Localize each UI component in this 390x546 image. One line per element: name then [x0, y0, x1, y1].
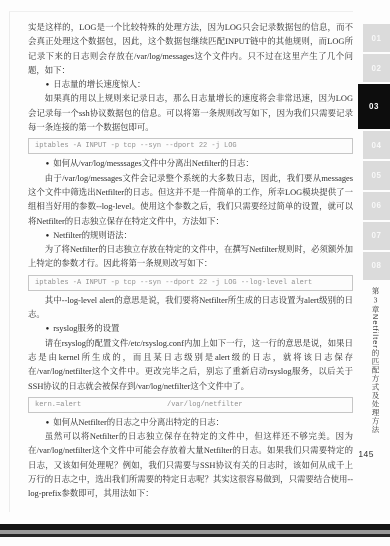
- chapter-tab-label: 06: [372, 201, 382, 210]
- scan-edge-left: [9, 12, 10, 512]
- bullet-icon: ●: [46, 82, 50, 88]
- chapter-tab-04: 04: [363, 131, 390, 159]
- chapter-tab-02: 02: [363, 54, 390, 82]
- bullet-item: ●日志量的增长速度惊人：: [28, 78, 353, 92]
- code-text: iptables -A INPUT -p tcp --syn --dport 2…: [35, 279, 312, 287]
- bullet-item: ●如何从/var/log/messsages文件中分离出Netfilter的日志…: [28, 157, 353, 171]
- bullet-text: 日志量的增长速度惊人：: [53, 80, 145, 89]
- bullet-icon: ●: [46, 326, 50, 332]
- chapter-tab-label: 05: [372, 171, 382, 180]
- code-block-rsyslog-conf: kern.=alert/var/log/netfilter: [28, 397, 353, 413]
- bullet-item: ●rsyslog服务的设置: [28, 322, 353, 336]
- chapter-tab-05: 05: [363, 161, 390, 189]
- paragraph: 请在rsyslog的配置文件/etc/rsyslog.conf内加上如下一行，这…: [28, 337, 353, 394]
- bullet-text: Netfilter的规则语法：: [53, 231, 132, 240]
- chapter-title-vertical: 第3章Netfilter的匹配方式及处理方法: [370, 287, 381, 437]
- code-text-target: /var/log/netfilter: [167, 401, 243, 409]
- paragraph: 虽然可以将Netfilter的日志独立保存在特定的文件中，但这样还不够完美。因为…: [28, 430, 353, 501]
- chapter-tab-label: 02: [372, 64, 382, 73]
- chapter-tab-label: 03: [369, 102, 379, 111]
- bullet-text: 如何从Netfilter的日志之中分离出特定的日志：: [53, 418, 224, 427]
- bullet-text: 如何从/var/log/messsages文件中分离出Netfilter的日志：: [53, 159, 254, 168]
- paragraph: 由于/var/log/messages文件会记录整个系统的大多数日志，因此，我们…: [28, 172, 353, 229]
- scan-edge-top: [9, 11, 353, 12]
- paragraph: 如果真的用以上规则来记录日志，那么日志量增长的速度将会非常迅速，因为LOG会记录…: [28, 92, 353, 135]
- paragraph: 实是这样的，LOG是一个比较特殊的处理方法，因为LOG只会记录数据包的信息，而不…: [28, 21, 353, 78]
- bullet-icon: ●: [46, 420, 50, 426]
- chapter-keyword: Netfilter: [371, 314, 380, 349]
- bullet-icon: ●: [46, 161, 50, 167]
- bullet-item: ●Netfilter的规则语法：: [28, 229, 353, 243]
- chapter-tab-label: 07: [372, 231, 382, 240]
- chapter-subtitle: 的匹配方式及处理方法: [371, 349, 380, 434]
- chapter-tab-01: 01: [363, 24, 390, 52]
- code-text: iptables -A INPUT -p tcp --syn --dport 2…: [35, 142, 237, 150]
- bullet-text: rsyslog服务的设置: [53, 324, 119, 333]
- chapter-tab-07: 07: [363, 222, 390, 250]
- bullet-icon: ●: [46, 233, 50, 239]
- chapter-thumb-tabs: 01 02 03 04 05 06 07 08: [363, 24, 390, 280]
- code-text-selector: kern.=alert: [35, 401, 167, 409]
- page-number: 145: [358, 449, 374, 459]
- chapter-tab-label: 08: [372, 261, 382, 270]
- page-bottom-bar-thin: [0, 534, 390, 537]
- chapter-tab-label: 04: [372, 141, 382, 150]
- chapter-tab-08: 08: [363, 252, 390, 280]
- bullet-item: ●如何从Netfilter的日志之中分离出特定的日志：: [28, 416, 353, 430]
- chapter-tab-06: 06: [363, 192, 390, 220]
- page-body-text: 实是这样的，LOG是一个比较特殊的处理方法，因为LOG只会记录数据包的信息，而不…: [28, 21, 353, 502]
- chapter-tab-label: 01: [372, 34, 382, 43]
- chapter-number: 第3章: [371, 287, 380, 314]
- paragraph: 其中--log-level alert的意思是说，我们要将Netfilter所生…: [28, 294, 353, 323]
- code-block-iptables-log: iptables -A INPUT -p tcp --syn --dport 2…: [28, 138, 353, 154]
- chapter-tab-03-active: 03: [358, 84, 390, 129]
- paragraph: 为了将Netfilter的日志独立存放在特定的文件中，在撰写Netfilter规…: [28, 243, 353, 272]
- code-block-iptables-loglevel: iptables -A INPUT -p tcp --syn --dport 2…: [28, 275, 353, 291]
